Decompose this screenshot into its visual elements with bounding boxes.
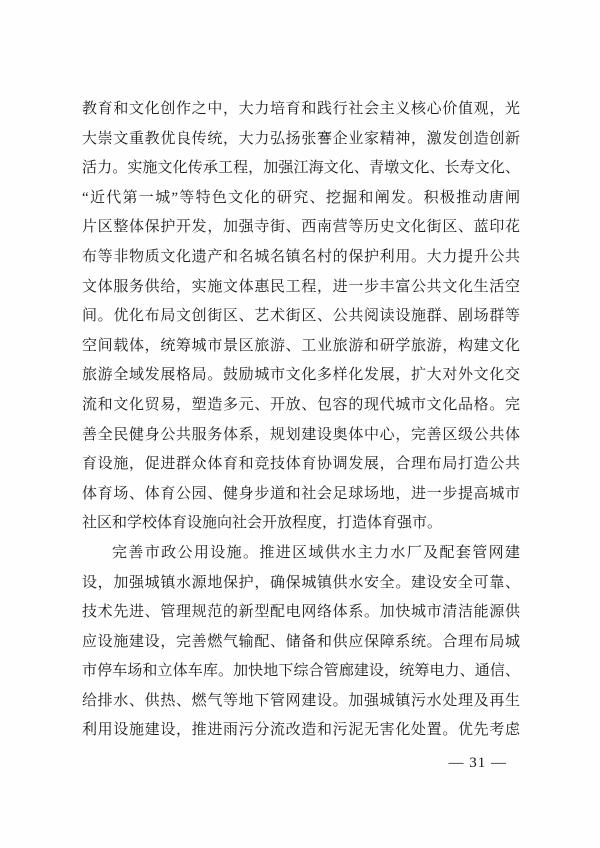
text-line: 布等非物质文化遗产和名城名镇名村的保护利用。大力提升公共 bbox=[82, 243, 520, 273]
text-line: 活力。实施文化传承工程，加强江海文化、青墩文化、长寿文化、 bbox=[82, 154, 520, 184]
text-line: 善全民健身公共服务体系，规划建设奥体中心，完善区级公共体 bbox=[82, 421, 520, 451]
text-line: 空间载体，统筹城市景区旅游、工业旅游和研学旅游，构建文化 bbox=[82, 332, 520, 362]
text-line: 应设施建设，完善燃气输配、储备和供应保障系统。合理布局城 bbox=[82, 628, 520, 658]
text-line: 文体服务供给，实施文体惠民工程，进一步丰富公共文化生活空 bbox=[82, 273, 520, 303]
text-line: 流和文化贸易，塑造多元、开放、包容的现代城市文化品格。完 bbox=[82, 391, 520, 421]
text-line: 体育场、体育公园、健身步道和社会足球场地，进一步提高城市 bbox=[82, 480, 520, 510]
paragraph: 完善市政公用设施。推进区域供水主力水厂及配套管网建 设，加强城镇水源地保护，确保… bbox=[82, 539, 520, 746]
text-line: 社区和学校体育设施向社会开放程度，打造体育强市。 bbox=[82, 509, 520, 539]
text-line: 间。优化布局文创街区、艺术街区、公共阅读设施群、剧场群等 bbox=[82, 302, 520, 332]
text-line: 设，加强城镇水源地保护，确保城镇供水安全。建设安全可靠、 bbox=[82, 569, 520, 599]
document-page: 教育和文化创作之中，大力培育和践行社会主义核心价值观，光 大崇文重教优良传统，大… bbox=[0, 0, 600, 848]
text-line: 大崇文重教优良传统，大力弘扬张謇企业家精神，激发创造创新 bbox=[82, 125, 520, 155]
text-line: 完善市政公用设施。推进区域供水主力水厂及配套管网建 bbox=[82, 539, 520, 569]
text-line: 利用设施建设，推进雨污分流改造和污泥无害化处置。优先考虑 bbox=[82, 716, 520, 746]
page-number: — 31 — bbox=[82, 752, 520, 774]
text-line: “近代第一城”等特色文化的研究、挖掘和阐发。积极推动唐闸 bbox=[82, 184, 520, 214]
text-line: 旅游全域发展格局。鼓励城市文化多样化发展，扩大对外文化交 bbox=[82, 361, 520, 391]
text-line: 教育和文化创作之中，大力培育和践行社会主义核心价值观，光 bbox=[82, 95, 520, 125]
text-line: 育设施，促进群众体育和竞技体育协调发展，合理布局打造公共 bbox=[82, 450, 520, 480]
document-text-block: 教育和文化创作之中，大力培育和践行社会主义核心价值观，光 大崇文重教优良传统，大… bbox=[82, 95, 520, 746]
text-line: 给排水、供热、燃气等地下管网建设。加强城镇污水处理及再生 bbox=[82, 687, 520, 717]
text-line: 市停车场和立体车库。加快地下综合管廊建设，统筹电力、通信、 bbox=[82, 657, 520, 687]
text-line: 技术先进、管理规范的新型配电网络体系。加快城市清洁能源供 bbox=[82, 598, 520, 628]
paragraph: 教育和文化创作之中，大力培育和践行社会主义核心价值观，光 大崇文重教优良传统，大… bbox=[82, 95, 520, 539]
text-line: 片区整体保护开发，加强寺街、西南营等历史文化街区、蓝印花 bbox=[82, 213, 520, 243]
